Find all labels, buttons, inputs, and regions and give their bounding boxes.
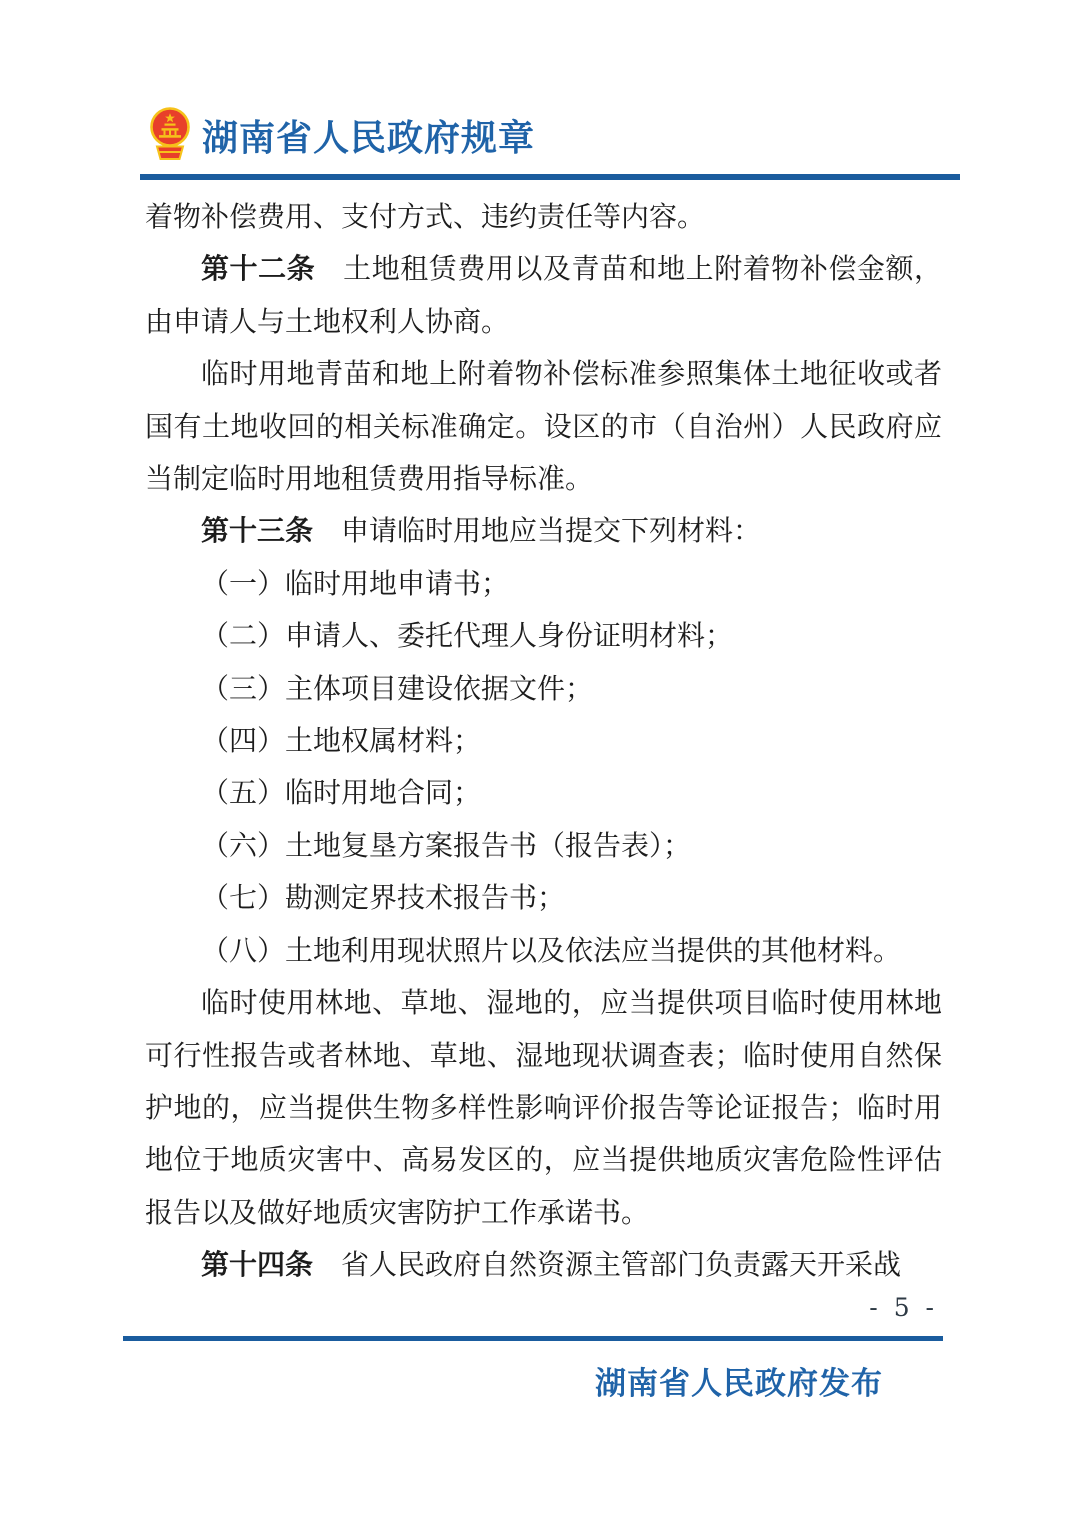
header-divider: [140, 174, 960, 180]
paragraph-text: （六）土地复垦方案报告书（报告表）；: [201, 829, 691, 862]
paragraph: 临时用地青苗和地上附着物补偿标准参照集体土地征收或者国有土地收回的相关标准确定。…: [145, 348, 942, 505]
paragraph: 第十二条土地租赁费用以及青苗和地上附着物补偿金额，由申请人与土地权利人协商。: [145, 243, 942, 348]
paragraph: （八）土地利用现状照片以及依法应当提供的其他材料。: [145, 925, 942, 977]
article-number: 第十四条: [201, 1248, 313, 1281]
paragraph: （一）临时用地申请书；: [145, 558, 942, 610]
paragraph: （三）主体项目建设依据文件；: [145, 663, 942, 715]
paragraph-text: 着物补偿费用、支付方式、违约责任等内容。: [145, 200, 705, 233]
paragraph-text: 临时用地青苗和地上附着物补偿标准参照集体土地征收或者国有土地收回的相关标准确定。…: [145, 357, 942, 495]
national-emblem-icon: [145, 106, 195, 164]
document-header: 湖南省人民政府规章: [145, 106, 535, 164]
paragraph: 着物补偿费用、支付方式、违约责任等内容。: [145, 191, 942, 243]
paragraph-text: （一）临时用地申请书；: [201, 567, 509, 600]
publisher-label: 湖南省人民政府发布: [595, 1358, 883, 1403]
paragraph: （二）申请人、委托代理人身份证明材料；: [145, 610, 942, 662]
paragraph-text: 省人民政府自然资源主管部门负责露天开采战: [341, 1248, 901, 1281]
footer-divider: [123, 1336, 943, 1341]
paragraph-text: 临时使用林地、草地、湿地的，应当提供项目临时使用林地可行性报告或者林地、草地、湿…: [145, 986, 942, 1229]
paragraph-text: （八）土地利用现状照片以及依法应当提供的其他材料。: [201, 934, 901, 967]
document-page: 湖南省人民政府规章 着物补偿费用、支付方式、违约责任等内容。第十二条土地租赁费用…: [0, 0, 1074, 1520]
paragraph: （五）临时用地合同；: [145, 767, 942, 819]
page-number: - 5 -: [869, 1293, 938, 1322]
paragraph-text: 申请临时用地应当提交下列材料：: [341, 514, 761, 547]
paragraph-text: （五）临时用地合同；: [201, 776, 481, 809]
article-number: 第十二条: [201, 252, 315, 285]
paragraph-text: （四）土地权属材料；: [201, 724, 481, 757]
paragraph: （四）土地权属材料；: [145, 715, 942, 767]
paragraph: 第十四条省人民政府自然资源主管部门负责露天开采战: [145, 1239, 942, 1291]
paragraph: 临时使用林地、草地、湿地的，应当提供项目临时使用林地可行性报告或者林地、草地、湿…: [145, 977, 942, 1239]
paragraph: （七）勘测定界技术报告书；: [145, 872, 942, 924]
paragraph-text: （二）申请人、委托代理人身份证明材料；: [201, 619, 733, 652]
paragraph-text: （七）勘测定界技术报告书；: [201, 881, 565, 914]
document-header-title: 湖南省人民政府规章: [202, 110, 535, 161]
paragraph: （六）土地复垦方案报告书（报告表）；: [145, 820, 942, 872]
paragraph: 第十三条申请临时用地应当提交下列材料：: [145, 505, 942, 557]
document-body: 着物补偿费用、支付方式、违约责任等内容。第十二条土地租赁费用以及青苗和地上附着物…: [145, 191, 942, 1292]
paragraph-text: （三）主体项目建设依据文件；: [201, 672, 593, 705]
article-number: 第十三条: [201, 514, 313, 547]
